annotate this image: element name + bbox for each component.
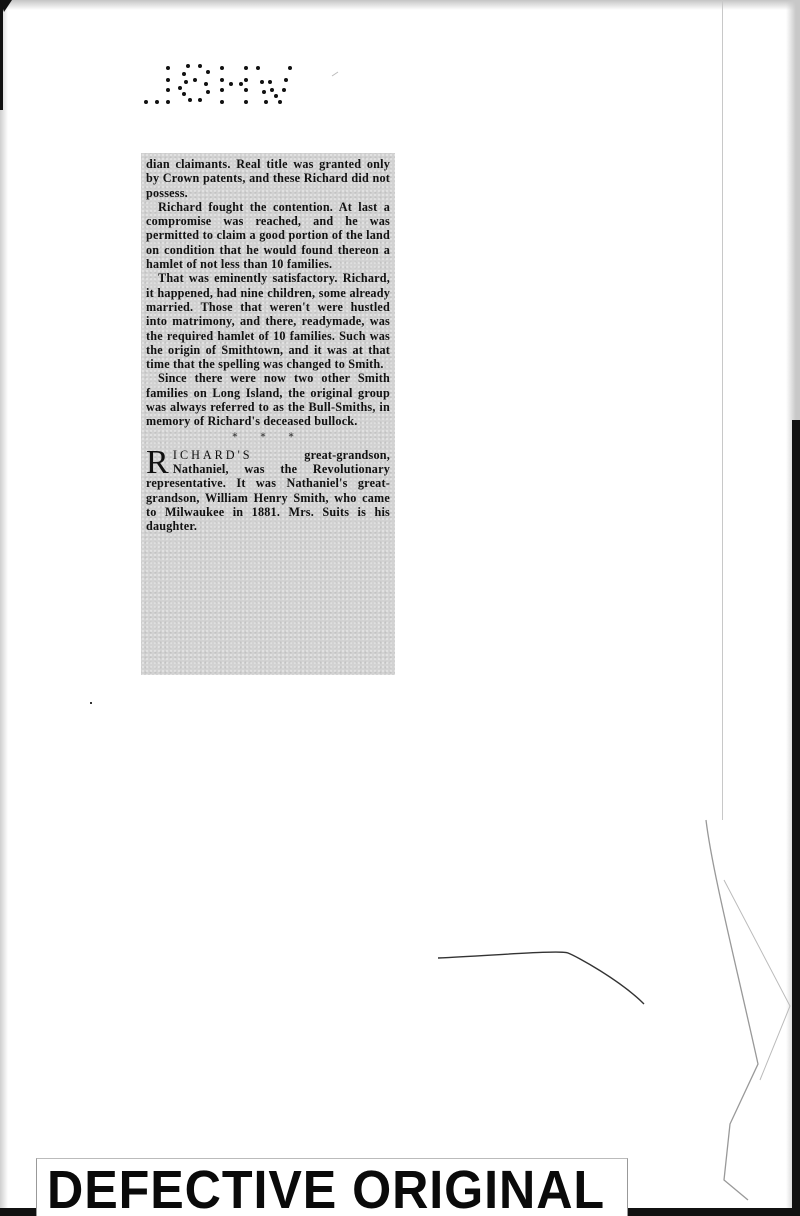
perforation-dots [140, 62, 340, 112]
defective-original-banner: DEFECTIVE ORIGINAL [36, 1158, 628, 1216]
clipping-final-paragraph: RICHARD'S great-grandson, Nathaniel, was… [146, 448, 390, 534]
page-creases [0, 0, 800, 1216]
newspaper-clipping: dian claimants. Real title was granted o… [141, 153, 395, 675]
clipping-paragraph: Richard fought the contention. At last a… [146, 200, 390, 271]
clipping-paragraph: dian claimants. Real title was granted o… [146, 157, 390, 200]
banner-text: DEFECTIVE ORIGINAL [47, 1161, 605, 1216]
drop-cap: R [146, 450, 169, 476]
lead-in-smallcaps: ICHARD'S [173, 448, 253, 462]
stray-mark [90, 702, 92, 704]
clipping-paragraph: Since there were now two other Smith fam… [146, 371, 390, 428]
clipping-paragraph: That was eminently satisfactory. Richard… [146, 271, 390, 371]
section-separator: * * * [146, 430, 390, 446]
